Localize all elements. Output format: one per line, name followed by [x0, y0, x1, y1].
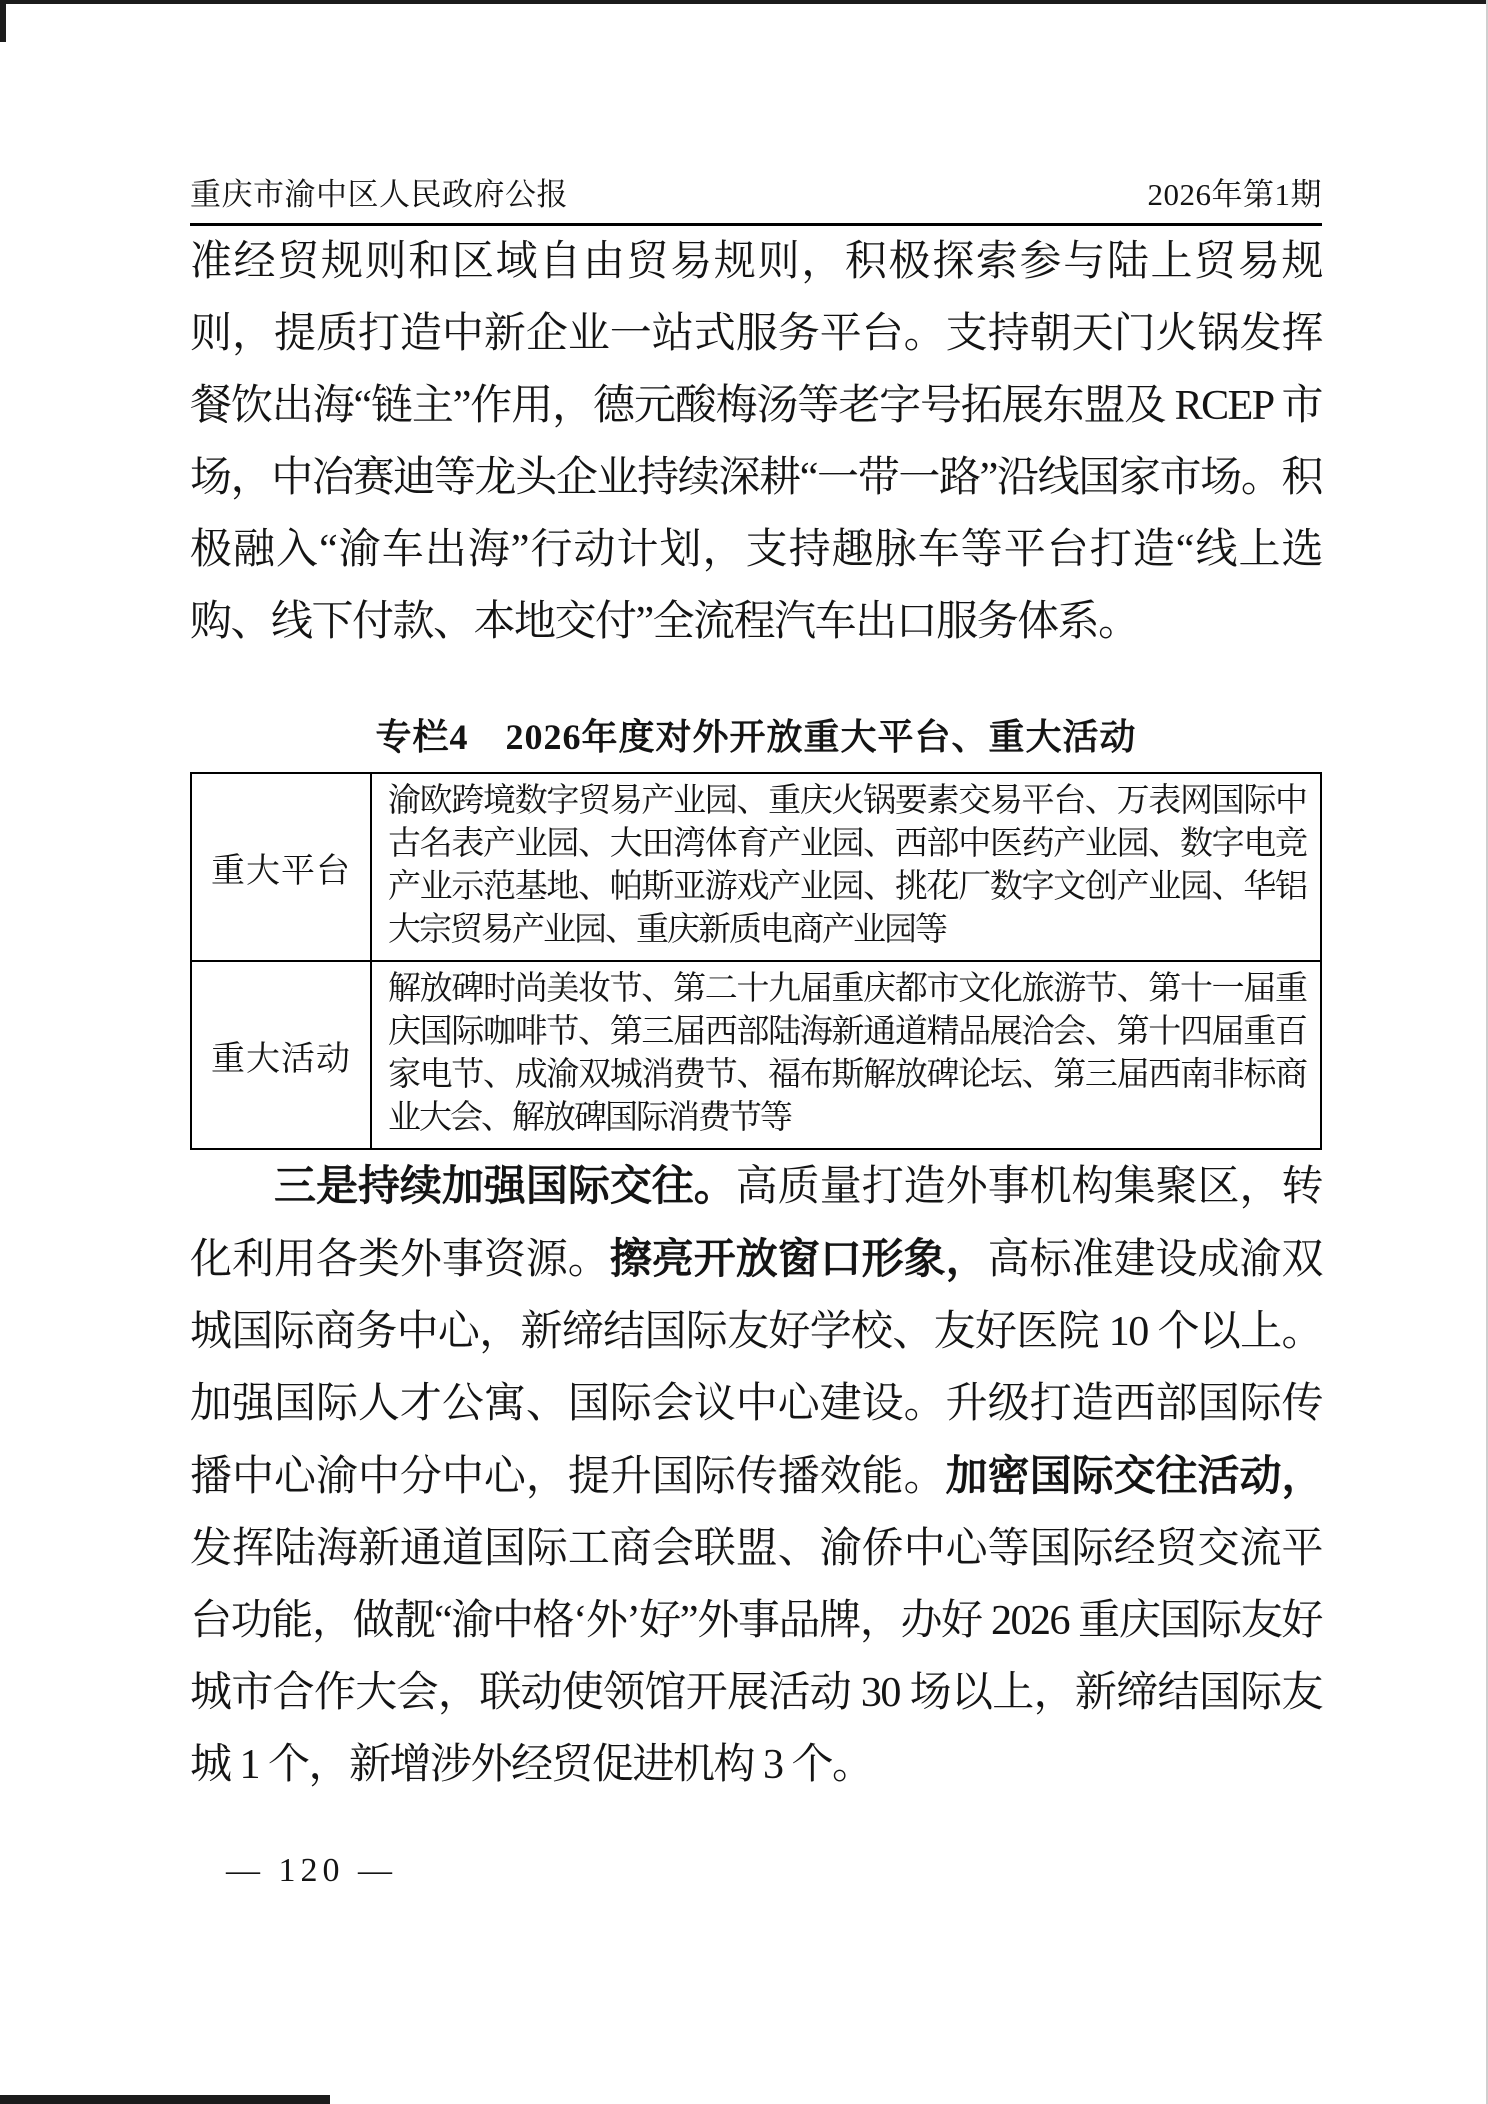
scan-artifact-left-edge — [0, 0, 6, 42]
table-row-major-platforms: 重大平台 渝欧跨境数字贸易产业园、重庆火锅要素交易平台、万表网国际中古名表产业园… — [191, 773, 1321, 961]
bold-emphasis-text: 擦亮开放窗口形象， — [610, 1235, 988, 1282]
bold-emphasis-text: 三是持续加强国际交往。 — [274, 1162, 736, 1209]
page-number: — 120 — — [190, 1849, 1322, 1893]
body-text: 准经贸规则和区域自由贸易规则，积极探索参与陆上贸易规则，提质打造中新企业一站式服… — [190, 239, 1322, 645]
body-text: 发挥陆海新通道国际工商会联盟、渝侨中心等国际经贸交流平台功能，做靓“渝中格‘外’… — [190, 1526, 1322, 1788]
page-header: 重庆市渝中区人民政府公报 2026年第1期 — [190, 0, 1322, 214]
publication-title: 重庆市渝中区人民政府公报 — [190, 176, 568, 214]
body-paragraph-continued: 准经贸规则和区域自由贸易规则，积极探索参与陆上贸易规则，提质打造中新企业一站式服… — [190, 226, 1322, 658]
feature-box-caption: 专栏4 2026年度对外开放重大平台、重大活动 — [190, 714, 1322, 760]
bold-emphasis-text: 加密国际交往活动， — [946, 1452, 1322, 1499]
document-page: 重庆市渝中区人民政府公报 2026年第1期 准经贸规则和区域自由贸易规则，积极探… — [0, 0, 1488, 2104]
feature-box-table: 重大平台 渝欧跨境数字贸易产业园、重庆火锅要素交易平台、万表网国际中古名表产业园… — [190, 772, 1322, 1150]
scan-artifact-bottom-edge — [0, 2095, 330, 2104]
table-row-major-events: 重大活动 解放碑时尚美妆节、第二十九届重庆都市文化旅游节、第十一届重庆国际咖啡节… — [191, 961, 1321, 1149]
issue-number: 2026年第1期 — [1148, 176, 1323, 214]
row-content: 解放碑时尚美妆节、第二十九届重庆都市文化旅游节、第十一届重庆国际咖啡节、第三届西… — [371, 961, 1321, 1149]
row-label: 重大平台 — [191, 773, 371, 961]
body-paragraph-international-exchange: 三是持续加强国际交往。高质量打造外事机构集聚区，转化利用各类外事资源。擦亮开放窗… — [190, 1150, 1322, 1801]
row-label: 重大活动 — [191, 961, 371, 1149]
page-content-column: 重庆市渝中区人民政府公报 2026年第1期 准经贸规则和区域自由贸易规则，积极探… — [190, 0, 1322, 1893]
row-content: 渝欧跨境数字贸易产业园、重庆火锅要素交易平台、万表网国际中古名表产业园、大田湾体… — [371, 773, 1321, 961]
